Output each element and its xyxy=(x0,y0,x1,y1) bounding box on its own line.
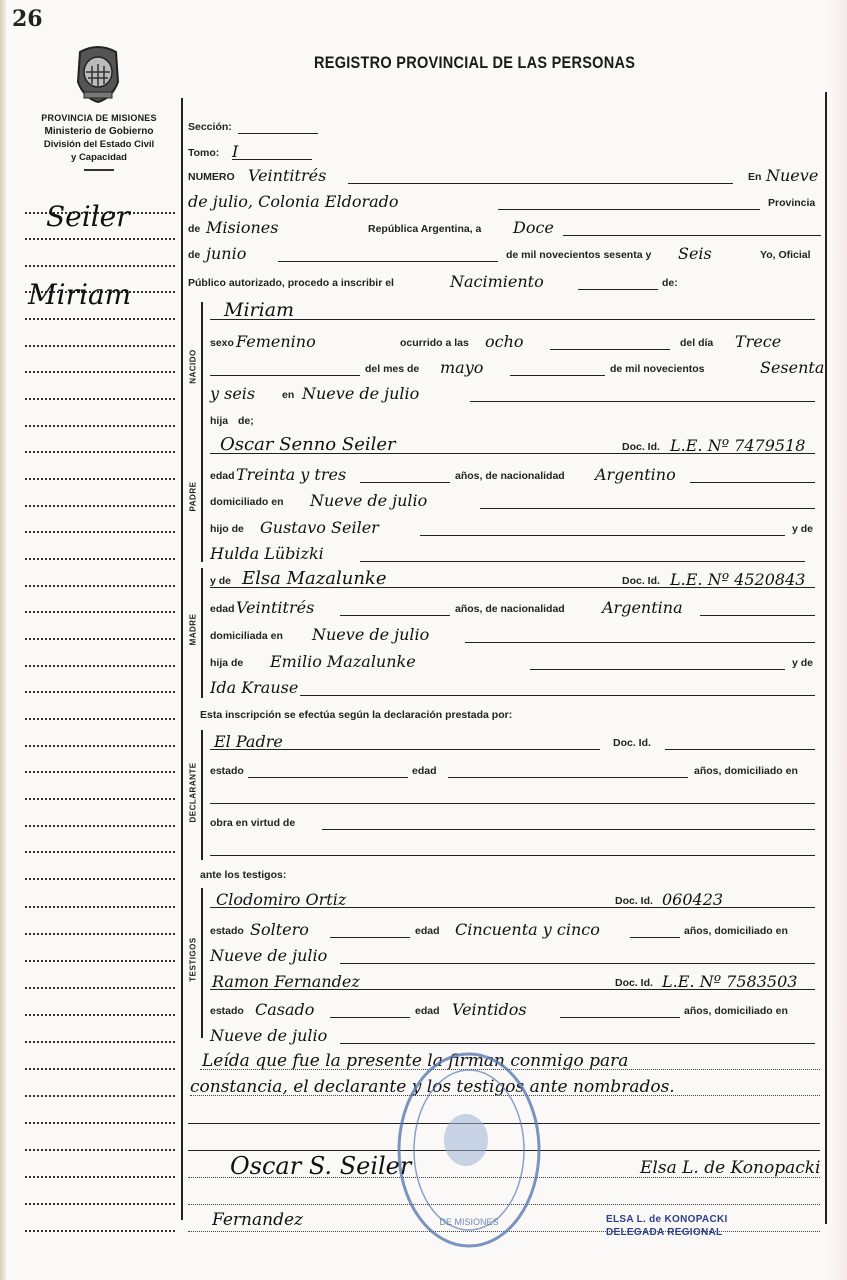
estado-label: estado xyxy=(210,925,244,937)
madre-abuela-row: Ida Krause xyxy=(210,678,821,698)
padre-domicilio-field xyxy=(480,508,815,509)
testigo-2-domicilio-field xyxy=(340,1043,815,1044)
obra-field xyxy=(322,829,815,830)
issuing-organization: PROVINCIA DE MISIONES Ministerio de Gobi… xyxy=(24,112,174,171)
declarante-signature: Oscar S. Seiler xyxy=(230,1152,411,1180)
declarante-name-field xyxy=(210,749,600,750)
testigo-1-edad: Cincuenta y cinco xyxy=(455,920,600,939)
section-label-padre: PADRE xyxy=(189,472,198,522)
seccion-field xyxy=(238,133,318,134)
padre-name-row: Oscar Senno Seiler Doc. Id. L.E. Nº 7479… xyxy=(210,436,821,456)
year-suffix: Seis xyxy=(678,244,712,263)
testigo-1-dom-row: Nueve de julio xyxy=(210,946,821,966)
day-field xyxy=(563,235,821,236)
acta-type-field xyxy=(578,289,658,290)
paper-edge-right xyxy=(827,0,847,1280)
edad-label: edad xyxy=(415,1005,440,1017)
margin-given-name: Miriam xyxy=(28,278,131,311)
month-field xyxy=(278,261,498,262)
testigo-2-domicilio: Nueve de julio xyxy=(210,1026,327,1045)
declarante-estado-field xyxy=(248,777,408,778)
margin-line xyxy=(25,345,175,347)
publico-label: Público autorizado, procedo a inscribir … xyxy=(188,277,394,289)
testigo-2-doc: L.E. Nº 7583503 xyxy=(662,972,797,991)
section-label-testigos: TESTIGOS xyxy=(189,932,198,988)
abuela-materna-field xyxy=(300,695,815,696)
declarante-edad-field xyxy=(448,777,688,778)
testigo-1-name-field xyxy=(210,907,815,908)
margin-line xyxy=(25,1149,175,1151)
anio-value: Sesenta xyxy=(760,358,824,377)
domicilio-label: domiciliado en xyxy=(210,496,284,508)
madre-nacionalidad-field xyxy=(700,615,815,616)
anio-cont: y seis xyxy=(210,384,255,403)
margin-line xyxy=(25,1203,175,1205)
margin-line xyxy=(25,665,175,667)
madre-domicilio: Nueve de julio xyxy=(312,625,429,644)
margin-line xyxy=(25,878,175,880)
margin-line xyxy=(25,1068,175,1070)
margin-line xyxy=(25,987,175,989)
abuelo-paterno: Gustavo Seiler xyxy=(260,518,379,537)
margin-line xyxy=(25,691,175,693)
margin-line xyxy=(25,318,175,320)
declarante-dom-row xyxy=(210,786,821,806)
margin-line xyxy=(25,771,175,773)
testigo-1-doc: 060423 xyxy=(662,890,723,909)
margin-line xyxy=(25,558,175,560)
padre-edad-row: edad Treinta y tres años, de nacionalida… xyxy=(210,465,821,485)
declarante-obra-row: obra en virtud de xyxy=(210,812,821,832)
testigo-2-edad-field xyxy=(560,1017,680,1018)
margin-line xyxy=(25,933,175,935)
margin-line xyxy=(25,1122,175,1124)
tomo-label: Tomo: xyxy=(188,147,219,159)
padre-name: Oscar Senno Seiler xyxy=(220,434,396,455)
lugar-field xyxy=(470,401,815,402)
nacido-name-field xyxy=(210,319,815,320)
margin-line xyxy=(25,960,175,962)
date-row: de junio de mil novecientos sesenta y Se… xyxy=(188,244,821,264)
paper-edge xyxy=(0,0,6,1280)
padre-nacionalidad-field xyxy=(690,482,815,483)
declarante-intro-row: Esta inscripción se efectúa según la dec… xyxy=(188,704,821,724)
section-label-nacido: NACIDO xyxy=(189,342,198,392)
dia-value: Trece xyxy=(735,332,781,351)
testigos-intro: ante los testigos: xyxy=(200,869,286,881)
madre-hijade-row: hija de Emilio Mazalunke y de xyxy=(210,652,821,672)
oficial-stamp-name: ELSA L. de KONOPACKI xyxy=(606,1213,728,1226)
declarante-obra-row-2 xyxy=(210,838,821,858)
estado-label: estado xyxy=(210,765,244,777)
sexo-label: sexo xyxy=(210,337,234,349)
margin-line xyxy=(25,585,175,587)
oficial-label: Yo, Oficial xyxy=(760,249,811,261)
testigo-1-domicilio: Nueve de julio xyxy=(210,946,327,965)
hora-label: ocurrido a las xyxy=(400,337,469,349)
padre-domicilio: Nueve de julio xyxy=(310,491,427,510)
margin-line xyxy=(25,265,175,267)
place-field xyxy=(498,209,760,210)
nacionalidad-label: años, de nacionalidad xyxy=(455,603,565,615)
padre-doc-value: L.E. Nº 7479518 xyxy=(670,436,805,455)
margin-line xyxy=(25,238,175,240)
domicilio-label: años, domiciliado en xyxy=(684,925,788,937)
margin-line xyxy=(25,398,175,400)
margin-line xyxy=(25,531,175,533)
division-name-cont: y Capacidad xyxy=(24,151,174,164)
mes-prefix-field xyxy=(210,375,360,376)
domicilio-label: años, domiciliado en xyxy=(684,1005,788,1017)
margin-line xyxy=(25,505,175,507)
margin-surname: Seiler xyxy=(46,200,130,233)
margin-line xyxy=(25,478,175,480)
hija-de-label: hija de xyxy=(210,657,243,669)
tomo-row: Tomo: I xyxy=(188,142,821,162)
nacido-name: Miriam xyxy=(224,299,294,321)
padre-hijode-row: hijo de Gustavo Seiler y de xyxy=(210,518,821,538)
margin-line xyxy=(25,825,175,827)
seccion-row: Sección: xyxy=(188,116,821,136)
abuelo-materno-field xyxy=(530,669,785,670)
oficial-signature: Elsa L. de Konopacki xyxy=(640,1158,821,1178)
year-label: de mil novecientos sesenta y xyxy=(506,249,651,261)
margin-line xyxy=(25,451,175,453)
margin-line xyxy=(25,745,175,747)
madre-edad-row: edad Veintitrés años, de nacionalidad Ar… xyxy=(210,598,821,618)
dia-label: del día xyxy=(680,337,713,349)
abuela-paterna-field xyxy=(360,561,805,562)
testigo-2-dom-row: Nueve de julio xyxy=(210,1026,821,1046)
margin-line xyxy=(25,1176,175,1178)
divider xyxy=(84,169,114,171)
declarante-name-row: El Padre Doc. Id. xyxy=(210,732,821,752)
lugar-label: en xyxy=(282,389,294,401)
section-label-declarante: DECLARANTE xyxy=(189,763,198,823)
padre-nacionalidad: Argentino xyxy=(595,465,676,484)
testigo-1-estado-row: estado Soltero edad Cincuenta y cinco añ… xyxy=(210,920,821,940)
abuelo-paterno-field xyxy=(420,535,785,536)
madre-nacionalidad: Argentina xyxy=(602,598,683,617)
publico-row: Público autorizado, procedo a inscribir … xyxy=(188,272,821,292)
madre-name: Elsa Mazalunke xyxy=(242,568,386,589)
document-title: REGISTRO PROVINCIAL DE LAS PERSONAS xyxy=(314,54,635,73)
domicilio-label: años, domiciliado en xyxy=(694,765,798,777)
hijo-de-label: hijo de xyxy=(210,523,244,535)
section-bar-declarante xyxy=(201,730,203,860)
y-de-label: y de xyxy=(792,523,813,535)
section-bar-testigos xyxy=(201,888,203,1038)
lugar-row: y seis en Nueve de julio xyxy=(210,384,821,404)
testigo-2-estado-field xyxy=(330,1017,410,1018)
de-label: de xyxy=(188,223,200,235)
oficial-stamp-title: DELEGADA REGIONAL xyxy=(606,1226,728,1239)
official-seal-icon: DE MISIONES xyxy=(394,1050,544,1250)
section-bar-padre xyxy=(201,432,203,562)
margin-line xyxy=(25,425,175,427)
provincia-row: de Misiones República Argentina, a Doce xyxy=(188,218,821,238)
en-label: En xyxy=(748,171,761,183)
province-name: PROVINCIA DE MISIONES xyxy=(24,112,174,125)
day-value: Doce xyxy=(513,218,554,237)
edad-label: edad xyxy=(210,470,235,482)
domicilio-label: domiciliada en xyxy=(210,630,283,642)
y-de-label: y de xyxy=(210,575,231,587)
padre-abuela-row: Hulda Lübizki xyxy=(210,544,821,564)
abuela-materna: Ida Krause xyxy=(210,678,298,697)
madre-edad: Veintitrés xyxy=(236,598,314,617)
testigos-intro-row: ante los testigos: xyxy=(188,864,821,884)
declarante-estado-row: estado edad años, domiciliado en xyxy=(210,760,821,780)
numero-row: NUMERO Veintitrés En Nueve xyxy=(188,166,821,186)
margin-line xyxy=(25,638,175,640)
madre-doc-value: L.E. Nº 4520843 xyxy=(670,570,805,589)
testigo-1-estado-field xyxy=(330,937,410,938)
testigo-1-edad-field xyxy=(630,937,680,938)
en-value: Nueve xyxy=(766,166,818,185)
place-row: de julio, Colonia Eldorado Provincia xyxy=(188,192,821,212)
testigo-1-estado: Soltero xyxy=(250,920,309,939)
abuela-paterna: Hulda Lübizki xyxy=(210,544,324,563)
oficial-stamp: ELSA L. de KONOPACKI DELEGADA REGIONAL xyxy=(606,1213,728,1239)
testigo-2-estado: Casado xyxy=(255,1000,314,1019)
edad-label: edad xyxy=(210,603,235,615)
padre-dom-row: domiciliado en Nueve de julio xyxy=(210,491,821,511)
nacido-name-row: Miriam xyxy=(210,302,821,322)
madre-edad-field xyxy=(340,615,450,616)
de-colon-label: de: xyxy=(662,277,678,289)
section-bar-nacido xyxy=(201,302,203,432)
nacionalidad-label: años, de nacionalidad xyxy=(455,470,565,482)
numero-field xyxy=(348,183,733,184)
margin-line xyxy=(25,1014,175,1016)
testigo-2-estado-row: estado Casado edad Veintidos años, domic… xyxy=(210,1000,821,1020)
margin-line xyxy=(25,1041,175,1043)
madre-domicilio-field xyxy=(465,642,815,643)
testigo-1-domicilio-field xyxy=(340,963,815,964)
tomo-field xyxy=(232,159,312,160)
madre-dom-row: domiciliada en Nueve de julio xyxy=(210,625,821,645)
margin-line xyxy=(25,1095,175,1097)
margin-line xyxy=(25,718,175,720)
padre-edad: Treinta y tres xyxy=(236,465,346,484)
obra-label: obra en virtud de xyxy=(210,817,295,829)
declarante-doc-field xyxy=(665,749,815,750)
testigo-1-doc-label: Doc. Id. xyxy=(615,895,653,907)
mes-row: del mes de mayo de mil novecientos Sesen… xyxy=(210,358,821,378)
mes-label: del mes de xyxy=(365,363,419,375)
division-name: División del Estado Civil xyxy=(24,138,174,151)
edad-label: edad xyxy=(415,925,440,937)
hijo-row: hija de; xyxy=(210,410,821,430)
madre-name-row: y de Elsa Mazalunke Doc. Id. L.E. Nº 452… xyxy=(210,570,821,590)
de-label: de; xyxy=(238,415,254,427)
acta-type-value: Nacimiento xyxy=(450,272,544,291)
testigo-signature: Fernandez xyxy=(212,1210,303,1230)
padre-doc-label: Doc. Id. xyxy=(622,441,660,453)
numero-label: NUMERO xyxy=(188,171,235,183)
declarante-domicilio-field xyxy=(210,803,815,804)
margin-line xyxy=(25,906,175,908)
republica-label: República Argentina, a xyxy=(368,223,481,235)
seccion-label: Sección: xyxy=(188,121,232,133)
anio-label: de mil novecientos xyxy=(610,363,705,375)
margin-line xyxy=(25,611,175,613)
margin-line xyxy=(25,851,175,853)
hora-field xyxy=(550,349,670,350)
month-value: junio xyxy=(206,244,246,263)
ministry-name: Ministerio de Gobierno xyxy=(24,125,174,138)
section-bar-madre xyxy=(201,568,203,698)
lugar-value: Nueve de julio xyxy=(302,384,419,403)
frame-border-right xyxy=(825,92,827,1224)
sexo-row: sexo Femenino ocurrido a las ocho del dí… xyxy=(210,332,821,352)
margin-line xyxy=(25,371,175,373)
hijo-label: hija xyxy=(210,415,228,427)
sexo-value: Femenino xyxy=(236,332,316,351)
declarante-intro: Esta inscripción se efectúa según la dec… xyxy=(200,709,512,721)
testigo-2-name-row: Ramon Fernandez Doc. Id. L.E. Nº 7583503 xyxy=(210,972,821,992)
declarante-doc-label: Doc. Id. xyxy=(613,737,651,749)
edad-label: edad xyxy=(412,765,437,777)
mes-value: mayo xyxy=(440,358,483,377)
margin-line xyxy=(25,1230,175,1232)
svg-text:DE MISIONES: DE MISIONES xyxy=(439,1217,498,1227)
section-label-madre: MADRE xyxy=(189,605,198,655)
obra-field-2 xyxy=(210,855,815,856)
testigo-1-name-row: Clodomiro Ortiz Doc. Id. 060423 xyxy=(210,890,821,910)
estado-label: estado xyxy=(210,1005,244,1017)
frame-border-left xyxy=(181,98,183,1220)
margin-line xyxy=(25,798,175,800)
hora-value: ocho xyxy=(485,332,524,351)
page-number: 26 xyxy=(12,6,43,32)
place-value: de julio, Colonia Eldorado xyxy=(188,192,399,211)
numero-value: Veintitrés xyxy=(248,166,326,185)
madre-doc-label: Doc. Id. xyxy=(622,575,660,587)
testigo-2-edad: Veintidos xyxy=(452,1000,527,1019)
province-value: Misiones xyxy=(206,218,278,237)
coat-of-arms-icon xyxy=(72,42,124,104)
de-label: de xyxy=(188,249,200,261)
abuelo-materno: Emilio Mazalunke xyxy=(270,652,416,671)
mes-field xyxy=(510,375,605,376)
testigo-2-doc-label: Doc. Id. xyxy=(615,977,653,989)
provincia-label: Provincia xyxy=(768,197,815,209)
y-de-label: y de xyxy=(792,657,813,669)
padre-edad-field xyxy=(360,482,450,483)
